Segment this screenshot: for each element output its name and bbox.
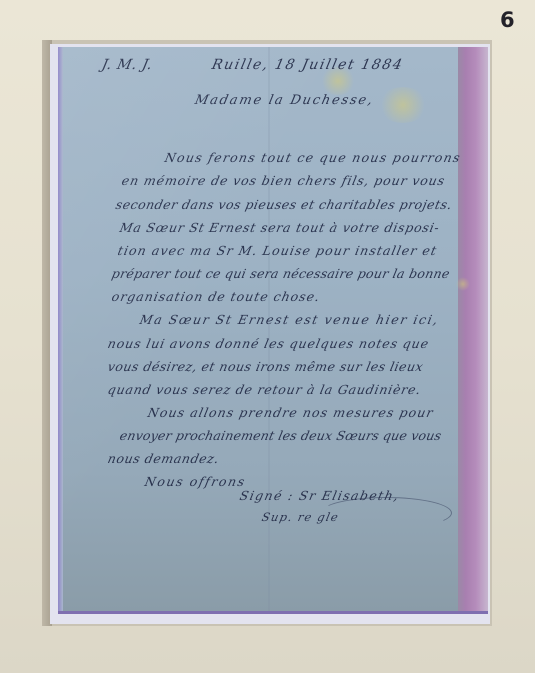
signature-flourish: [320, 497, 452, 529]
letter-line: envoyer prochainement les deux Sœurs que…: [118, 428, 442, 443]
frame-number-label: 6: [500, 8, 515, 32]
letter-line: nous lui avons donné les quelques notes …: [106, 336, 430, 351]
letter-place-date: Ruille, 18 Juillet 1884: [210, 57, 405, 73]
paper-right-edge: [458, 47, 488, 614]
letter-line: Ma Sœur St Ernest est venue hier ici,: [138, 312, 440, 327]
letter-line: seconder dans vos pieuses et charitables…: [114, 197, 453, 212]
letter-line: Nous ferons tout ce que nous pourrons: [163, 150, 462, 165]
paper-stain: [378, 87, 428, 123]
letter-line: organisation de toute chose.: [110, 289, 321, 304]
paper-stain: [456, 277, 470, 291]
letter-paper: [58, 47, 488, 614]
letter-monogram: J. M. J.: [100, 57, 154, 73]
letter-line: Nous allons prendre nos mesures pour: [146, 405, 435, 420]
paper-bottom-edge: [58, 611, 488, 614]
paper-fold-line: [268, 47, 270, 614]
letter-salutation: Madame la Duchesse,: [193, 93, 375, 108]
letter-line: préparer tout ce qui sera nécessaire pou…: [110, 266, 451, 281]
paper-left-edge: [58, 47, 63, 614]
letter-line: nous demandez.: [106, 451, 220, 466]
letter-line: quand vous serez de retour à la Gaudiniè…: [106, 382, 422, 397]
letter-line: Ma Sœur St Ernest sera tout à votre disp…: [118, 220, 441, 235]
letter-line: tion avec ma Sr M. Louise pour installer…: [116, 243, 438, 258]
letter-line: en mémoire de vos bien chers fils, pour …: [120, 173, 446, 188]
letter-line: Nous offrons: [143, 474, 247, 489]
letter-line: vous désirez, et nous irons même sur les…: [106, 359, 424, 374]
